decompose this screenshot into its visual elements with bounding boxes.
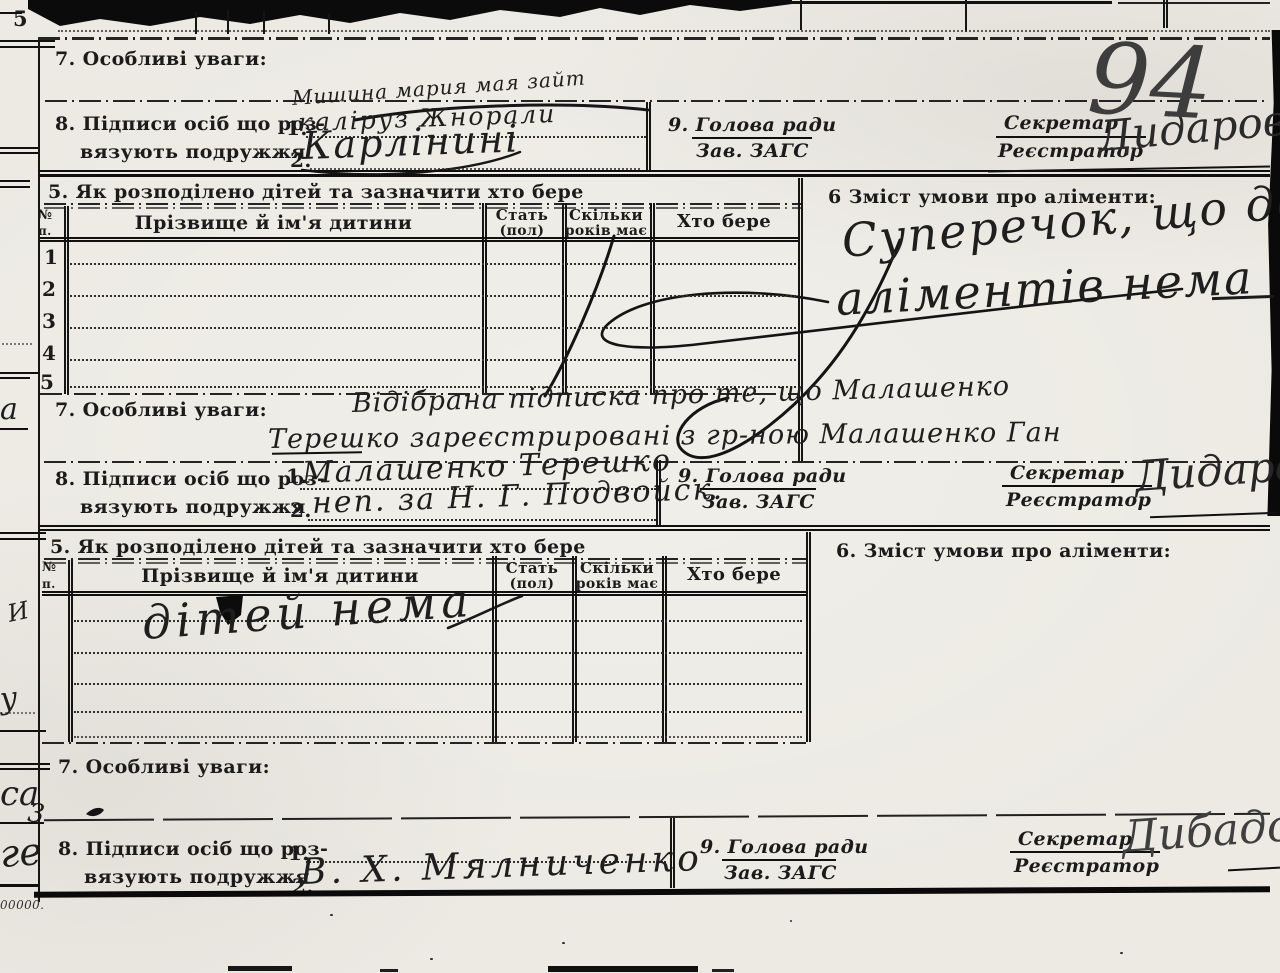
table2-row-line bbox=[74, 683, 802, 685]
margin-line bbox=[0, 884, 38, 887]
special-remarks-label-r1: 7. Особливі уваги: bbox=[55, 48, 267, 70]
row-separator-r3 bbox=[44, 813, 1270, 821]
signature-underline-r2 bbox=[1150, 512, 1278, 518]
record-border bbox=[38, 170, 1270, 172]
handwritten-signature2-r1: Карлінині bbox=[301, 116, 520, 168]
special-remarks-label-r2: 7. Особливі уваги: bbox=[55, 399, 267, 421]
signature-area-divider-r2 bbox=[656, 460, 661, 525]
margin-line bbox=[0, 40, 55, 42]
paper-speck bbox=[790, 920, 792, 922]
council-underline-r1 bbox=[692, 137, 812, 139]
record-border bbox=[38, 174, 1270, 177]
margin-line bbox=[0, 12, 22, 14]
handwritten-signature2-r3: В. Х. Мялниченко bbox=[299, 838, 703, 893]
margin-line bbox=[0, 372, 38, 374]
table2-col-age-bottom: років має bbox=[572, 576, 662, 592]
table1-col-sex-top: Стать bbox=[482, 206, 562, 224]
table1-header-border bbox=[40, 237, 798, 239]
next-row-fragment bbox=[712, 969, 734, 972]
table2-col-age-top: Скільки bbox=[572, 559, 662, 577]
head-of-council-label-r3: 9. Голова ради bbox=[700, 836, 868, 858]
table2-row-line bbox=[74, 652, 802, 654]
table1-col-taker: Хто бере bbox=[650, 211, 798, 232]
secretary-underline-r2 bbox=[1002, 485, 1152, 487]
corner-number: 94 bbox=[1085, 22, 1215, 142]
table2-right-border bbox=[806, 532, 811, 742]
table1-row-line bbox=[70, 263, 796, 265]
table2-row-line bbox=[74, 736, 802, 738]
paper-speck bbox=[562, 942, 565, 944]
head-of-council-label-r2: 9. Голова ради bbox=[678, 465, 846, 487]
table2-col-sex-top: Стать bbox=[492, 559, 572, 577]
torn-edge-line2 bbox=[1118, 2, 1270, 4]
signatures-label-r1-line2: вязують подружжя bbox=[80, 141, 306, 163]
column-tick bbox=[800, 0, 802, 30]
margin-line bbox=[0, 186, 30, 188]
next-row-fragment bbox=[228, 966, 292, 971]
registrar-label-r2: Реєстратор bbox=[1006, 489, 1151, 511]
table1-row-number: 2 bbox=[42, 277, 56, 301]
signature2-line-r2 bbox=[308, 519, 656, 521]
column-tick-double bbox=[1163, 0, 1168, 28]
table1-col-age-top: Скільки bbox=[562, 206, 650, 224]
ink-fleck bbox=[86, 808, 104, 816]
table1-row-number: 3 bbox=[42, 309, 56, 333]
signatures-label-r1-line1: 8. Підписи осіб що роз- bbox=[55, 113, 325, 135]
torn-edge bbox=[28, 0, 792, 26]
signature-area-divider-r3 bbox=[670, 818, 675, 888]
margin-line bbox=[0, 46, 55, 48]
children-title-r2: 5. Як розподілено дітей та зазначити хто… bbox=[48, 181, 584, 203]
paper-speck bbox=[330, 914, 333, 916]
signature-area-divider-r1 bbox=[646, 102, 651, 170]
table1-col-border bbox=[64, 206, 69, 394]
special-remarks-label-r3: 7. Особливі уваги: bbox=[58, 756, 270, 778]
table1-row-line bbox=[70, 359, 796, 361]
margin-dots bbox=[0, 712, 35, 714]
record-border bbox=[38, 529, 1270, 531]
margin-line bbox=[0, 147, 40, 149]
column-tick bbox=[965, 0, 967, 32]
table2-col-no-top: № bbox=[42, 560, 57, 575]
margin-line bbox=[0, 428, 28, 430]
paper-speck bbox=[1120, 952, 1123, 954]
zags-head-label-r3: Зав. ЗАГС bbox=[724, 862, 837, 884]
zags-head-label-r2: Зав. ЗАГС bbox=[702, 491, 815, 513]
table1-col-name: Прізвище й ім'я дитини bbox=[65, 212, 482, 234]
margin-line bbox=[0, 763, 50, 765]
table2-col-taker: Хто бере bbox=[662, 564, 806, 585]
footer-code: 00000. bbox=[0, 898, 44, 912]
table2-bottom-border bbox=[42, 742, 806, 744]
section-separator bbox=[38, 37, 1270, 40]
prev-row-number: 5 bbox=[13, 6, 28, 31]
table2-col-no-bottom: п. bbox=[42, 577, 56, 591]
table2-col-border bbox=[68, 560, 73, 742]
margin-scribble: а bbox=[0, 392, 18, 427]
record-border bbox=[38, 525, 1270, 527]
table1-row-number: 1 bbox=[44, 245, 58, 269]
table1-col-no-top: № bbox=[38, 208, 53, 223]
title-underline-r2b bbox=[44, 207, 802, 209]
signature-underline-r3 bbox=[1228, 867, 1280, 872]
remarks-handwriting-r2-line1: Відібрана підписка про те, що Малашенко bbox=[352, 371, 1011, 419]
table2-col-sex-bottom: (пол) bbox=[492, 576, 572, 592]
secretary-label-r2: Секретар bbox=[1010, 462, 1124, 484]
paper-speck bbox=[430, 958, 433, 960]
secretary-signature-r3: Дибадов bbox=[1120, 798, 1280, 863]
title-underline-r2 bbox=[44, 203, 802, 205]
table1-col-no-bottom: п. bbox=[38, 224, 52, 238]
secretary-signature-r2: Дидаров bbox=[1133, 439, 1280, 501]
margin-line bbox=[0, 768, 50, 770]
margin-dots bbox=[2, 343, 32, 345]
council-underline-r2 bbox=[700, 488, 816, 490]
zags-head-label-r1: Зав. ЗАГС bbox=[696, 140, 809, 162]
alimony-title-r3: 6. Зміст умови про аліменти: bbox=[836, 540, 1171, 562]
torn-edge-line bbox=[790, 1, 1112, 4]
margin-line bbox=[0, 152, 40, 154]
table2-row-line bbox=[74, 711, 802, 713]
margin-line bbox=[0, 180, 30, 182]
table1-row-line bbox=[70, 295, 796, 297]
margin-line bbox=[0, 377, 30, 379]
ruled-line bbox=[58, 30, 1270, 32]
head-of-council-label-r1: 9. Голова ради bbox=[668, 114, 836, 136]
table1-header-border bbox=[40, 240, 798, 242]
next-row-fragment bbox=[548, 966, 698, 972]
next-row-fragment bbox=[380, 969, 398, 972]
margin-scribble: И bbox=[5, 596, 31, 628]
children-title-r3: 5. Як розподілено дітей та зазначити хто… bbox=[50, 536, 586, 558]
signatures-label-r2-line1: 8. Підписи осіб що роз- bbox=[55, 468, 325, 490]
row-separator-r1 bbox=[45, 100, 1267, 102]
table1-row-line bbox=[70, 327, 796, 329]
council-underline-r3 bbox=[722, 859, 836, 861]
table1-row-number: 5 bbox=[40, 370, 54, 394]
signatures-label-r3-line2: вязують подружжя bbox=[84, 866, 310, 888]
margin-scribble: ге bbox=[0, 829, 43, 876]
signatures-label-r2-line2: вязують подружжя bbox=[80, 496, 306, 518]
secretary-label-r3: Секретар bbox=[1018, 828, 1132, 850]
signature-flourish bbox=[545, 236, 614, 396]
title-underline-r3 bbox=[44, 558, 807, 560]
margin-scribble: 3 bbox=[26, 798, 47, 830]
table1-row-number: 4 bbox=[42, 341, 56, 365]
scanned-registry-page: 5 а И у са 3 ге 7. Особливі уваги: 8. Пі… bbox=[0, 0, 1280, 973]
record-border-heavy bbox=[34, 886, 1270, 897]
